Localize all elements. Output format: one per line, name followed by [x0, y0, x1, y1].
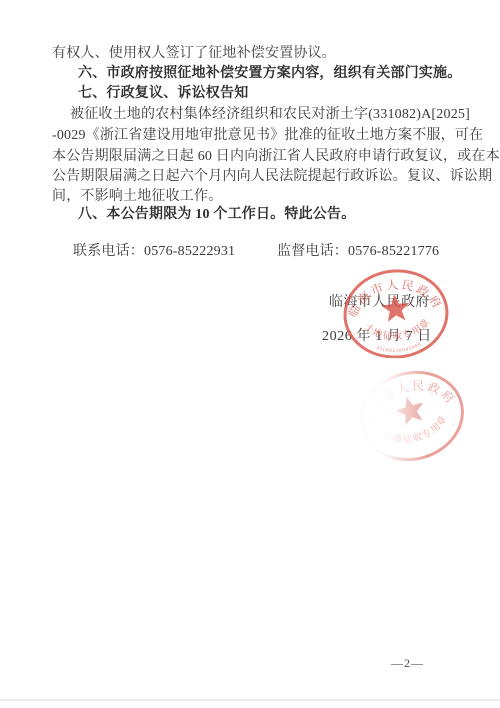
- seal1-arc-bottom-text: 土地征收专用章: [361, 315, 434, 345]
- body-line-8: 间，不影响土地征收工作。: [52, 190, 222, 204]
- supervision-phone: 监督电话：0576-85221776: [277, 240, 439, 260]
- body-line-3: 七、行政复议、诉讼权告知: [78, 87, 248, 101]
- body-line-4: 被征收土地的农村集体经济组织和农民对浙土字(331082)A[2025]: [70, 108, 470, 122]
- body-line-2: 六、市政府按照征地补偿安置方案内容，组织有关部门实施。: [78, 67, 461, 81]
- contact-phone: 联系电话：0576-85222931: [73, 240, 235, 260]
- supervision-phone-label: 监督电话：: [277, 244, 348, 259]
- official-seal-1: 临海市人民政府 土地征收专用章 33108210043406: [341, 267, 451, 361]
- supervision-phone-number: 0576-85221776: [348, 244, 439, 259]
- document-page: 有权人、使用权人签订了征地补偿安置协议。 六、市政府按照征地补偿安置方案内容，组…: [0, 0, 500, 708]
- page-number: —2—: [391, 656, 424, 671]
- seal2-fade-overlay: [348, 358, 428, 474]
- body-line-5: -0029《浙江省建设用地审批意见书》批准的征收土地方案不服，可在: [52, 129, 483, 143]
- body-line-1: 有权人、使用权人签订了征地补偿安置协议。: [52, 47, 336, 61]
- svg-text:土地征收专用章: 土地征收专用章: [361, 315, 434, 345]
- scan-edge-line: [0, 699, 500, 701]
- body-line-9: 八、本公告期限为 10 个工作日。特此公告。: [78, 208, 355, 222]
- contact-phone-label: 联系电话：: [73, 244, 144, 259]
- body-line-7: 公告期限届满之日起六个月内向人民法院提起行政诉讼。复议、诉讼期: [52, 170, 492, 184]
- seal-star-icon: [380, 293, 411, 323]
- body-line-6: 本公告期限届满之日起 60 日内向浙江省人民政府申请行政复议，或在本: [52, 150, 500, 164]
- contact-phone-number: 0576-85222931: [144, 244, 235, 259]
